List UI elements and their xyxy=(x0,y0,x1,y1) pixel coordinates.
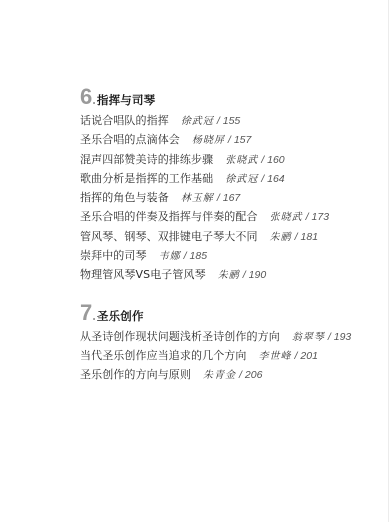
entry-author: 张晓武 xyxy=(225,151,258,166)
entry-separator: / xyxy=(217,115,220,127)
entry-author: 徐武冠 xyxy=(181,112,214,127)
section-title: 圣乐创作 xyxy=(97,308,144,324)
entry-title: 指挥的角色与装备 xyxy=(80,189,169,205)
entry-separator: / xyxy=(239,369,242,381)
toc-entry[interactable]: 崇拜中的司琴 韦娜 / 185 xyxy=(80,247,380,266)
toc-entry[interactable]: 当代圣乐创作应当追求的几个方向 李世峰 / 201 xyxy=(80,347,380,366)
entry-title: 当代圣乐创作应当追求的几个方向 xyxy=(80,347,247,363)
toc-entry[interactable]: 从圣诗创作现状问题浅析圣诗创作的方向 翁翠琴 / 193 xyxy=(80,328,380,347)
entry-separator: / xyxy=(295,350,298,362)
entry-separator: / xyxy=(328,331,331,343)
toc-entry[interactable]: 歌曲分析是指挥的工作基础 徐武冠 / 164 xyxy=(80,170,380,189)
toc-entry[interactable]: 指挥的角色与装备 林玉解 / 167 xyxy=(80,189,380,208)
section-number: 6 xyxy=(80,86,92,108)
entry-page: 201 xyxy=(300,350,318,362)
entry-title: 圣乐合唱的点滴体会 xyxy=(80,131,180,147)
entry-separator: / xyxy=(295,231,298,243)
section-heading: 7 . 圣乐创作 xyxy=(80,302,380,326)
entry-separator: / xyxy=(306,211,309,223)
toc-entry[interactable]: 圣乐合唱的点滴体会 杨晓屏 / 157 xyxy=(80,131,380,150)
entry-page: 167 xyxy=(223,192,241,204)
entry-title: 混声四部赞美诗的排练步骤 xyxy=(80,151,213,167)
entry-author: 张晓武 xyxy=(270,208,303,223)
entry-page: 185 xyxy=(190,250,208,262)
entry-separator: / xyxy=(261,154,264,166)
entry-title: 圣乐合唱的伴奏及指挥与伴奏的配合 xyxy=(80,208,258,224)
toc-entry[interactable]: 混声四部赞美诗的排练步骤 张晓武 / 160 xyxy=(80,151,380,170)
entry-separator: / xyxy=(261,173,264,185)
entry-title: 管风琴、钢琴、双排键电子琴大不同 xyxy=(80,228,258,244)
entry-title: 从圣诗创作现状问题浅析圣诗创作的方向 xyxy=(80,328,280,344)
entry-author: 杨晓屏 xyxy=(192,131,225,146)
entry-separator: / xyxy=(243,269,246,281)
entry-title: 崇拜中的司琴 xyxy=(80,247,147,263)
section-dot: . xyxy=(92,308,96,323)
entry-author: 翁翠琴 xyxy=(292,328,325,343)
section-title: 指挥与司琴 xyxy=(97,92,156,108)
entry-author: 朱青金 xyxy=(203,366,236,381)
entry-title: 物理管风琴VS电子管风琴 xyxy=(80,266,206,282)
toc-entry[interactable]: 管风琴、钢琴、双排键电子琴大不同 朱鹂 / 181 xyxy=(80,228,380,247)
entry-page: 157 xyxy=(234,134,252,146)
entry-author: 朱鹂 xyxy=(270,228,292,243)
entry-page: 160 xyxy=(267,154,285,166)
toc-section-7: 7 . 圣乐创作 从圣诗创作现状问题浅析圣诗创作的方向 翁翠琴 / 193 当代… xyxy=(80,302,380,386)
entry-page: 190 xyxy=(249,269,267,281)
entry-page: 206 xyxy=(245,369,263,381)
toc-entry[interactable]: 圣乐合唱的伴奏及指挥与伴奏的配合 张晓武 / 173 xyxy=(80,208,380,227)
section-heading: 6 . 指挥与司琴 xyxy=(80,86,380,110)
entry-author: 李世峰 xyxy=(259,347,292,362)
table-of-contents: 6 . 指挥与司琴 话说合唱队的指挥 徐武冠 / 155 圣乐合唱的点滴体会 杨… xyxy=(80,86,380,402)
entry-author: 朱鹂 xyxy=(218,266,240,281)
entry-author: 林玉解 xyxy=(181,189,214,204)
entry-page: 181 xyxy=(301,231,319,243)
entry-author: 韦娜 xyxy=(159,247,181,262)
entry-separator: / xyxy=(228,134,231,146)
entry-separator: / xyxy=(184,250,187,262)
entry-separator: / xyxy=(217,192,220,204)
toc-entry[interactable]: 话说合唱队的指挥 徐武冠 / 155 xyxy=(80,112,380,131)
section-dot: . xyxy=(92,92,96,107)
entry-page: 164 xyxy=(267,173,285,185)
entry-page: 173 xyxy=(312,211,330,223)
toc-entry[interactable]: 圣乐创作的方向与原则 朱青金 / 206 xyxy=(80,366,380,385)
toc-entry[interactable]: 物理管风琴VS电子管风琴 朱鹂 / 190 xyxy=(80,266,380,285)
entry-page: 193 xyxy=(334,331,352,343)
entry-author: 徐武冠 xyxy=(225,170,258,185)
section-number: 7 xyxy=(80,302,92,324)
entry-page: 155 xyxy=(223,115,241,127)
entry-title: 歌曲分析是指挥的工作基础 xyxy=(80,170,213,186)
entry-title: 话说合唱队的指挥 xyxy=(80,112,169,128)
toc-section-6: 6 . 指挥与司琴 话说合唱队的指挥 徐武冠 / 155 圣乐合唱的点滴体会 杨… xyxy=(80,86,380,286)
entry-title: 圣乐创作的方向与原则 xyxy=(80,366,191,382)
